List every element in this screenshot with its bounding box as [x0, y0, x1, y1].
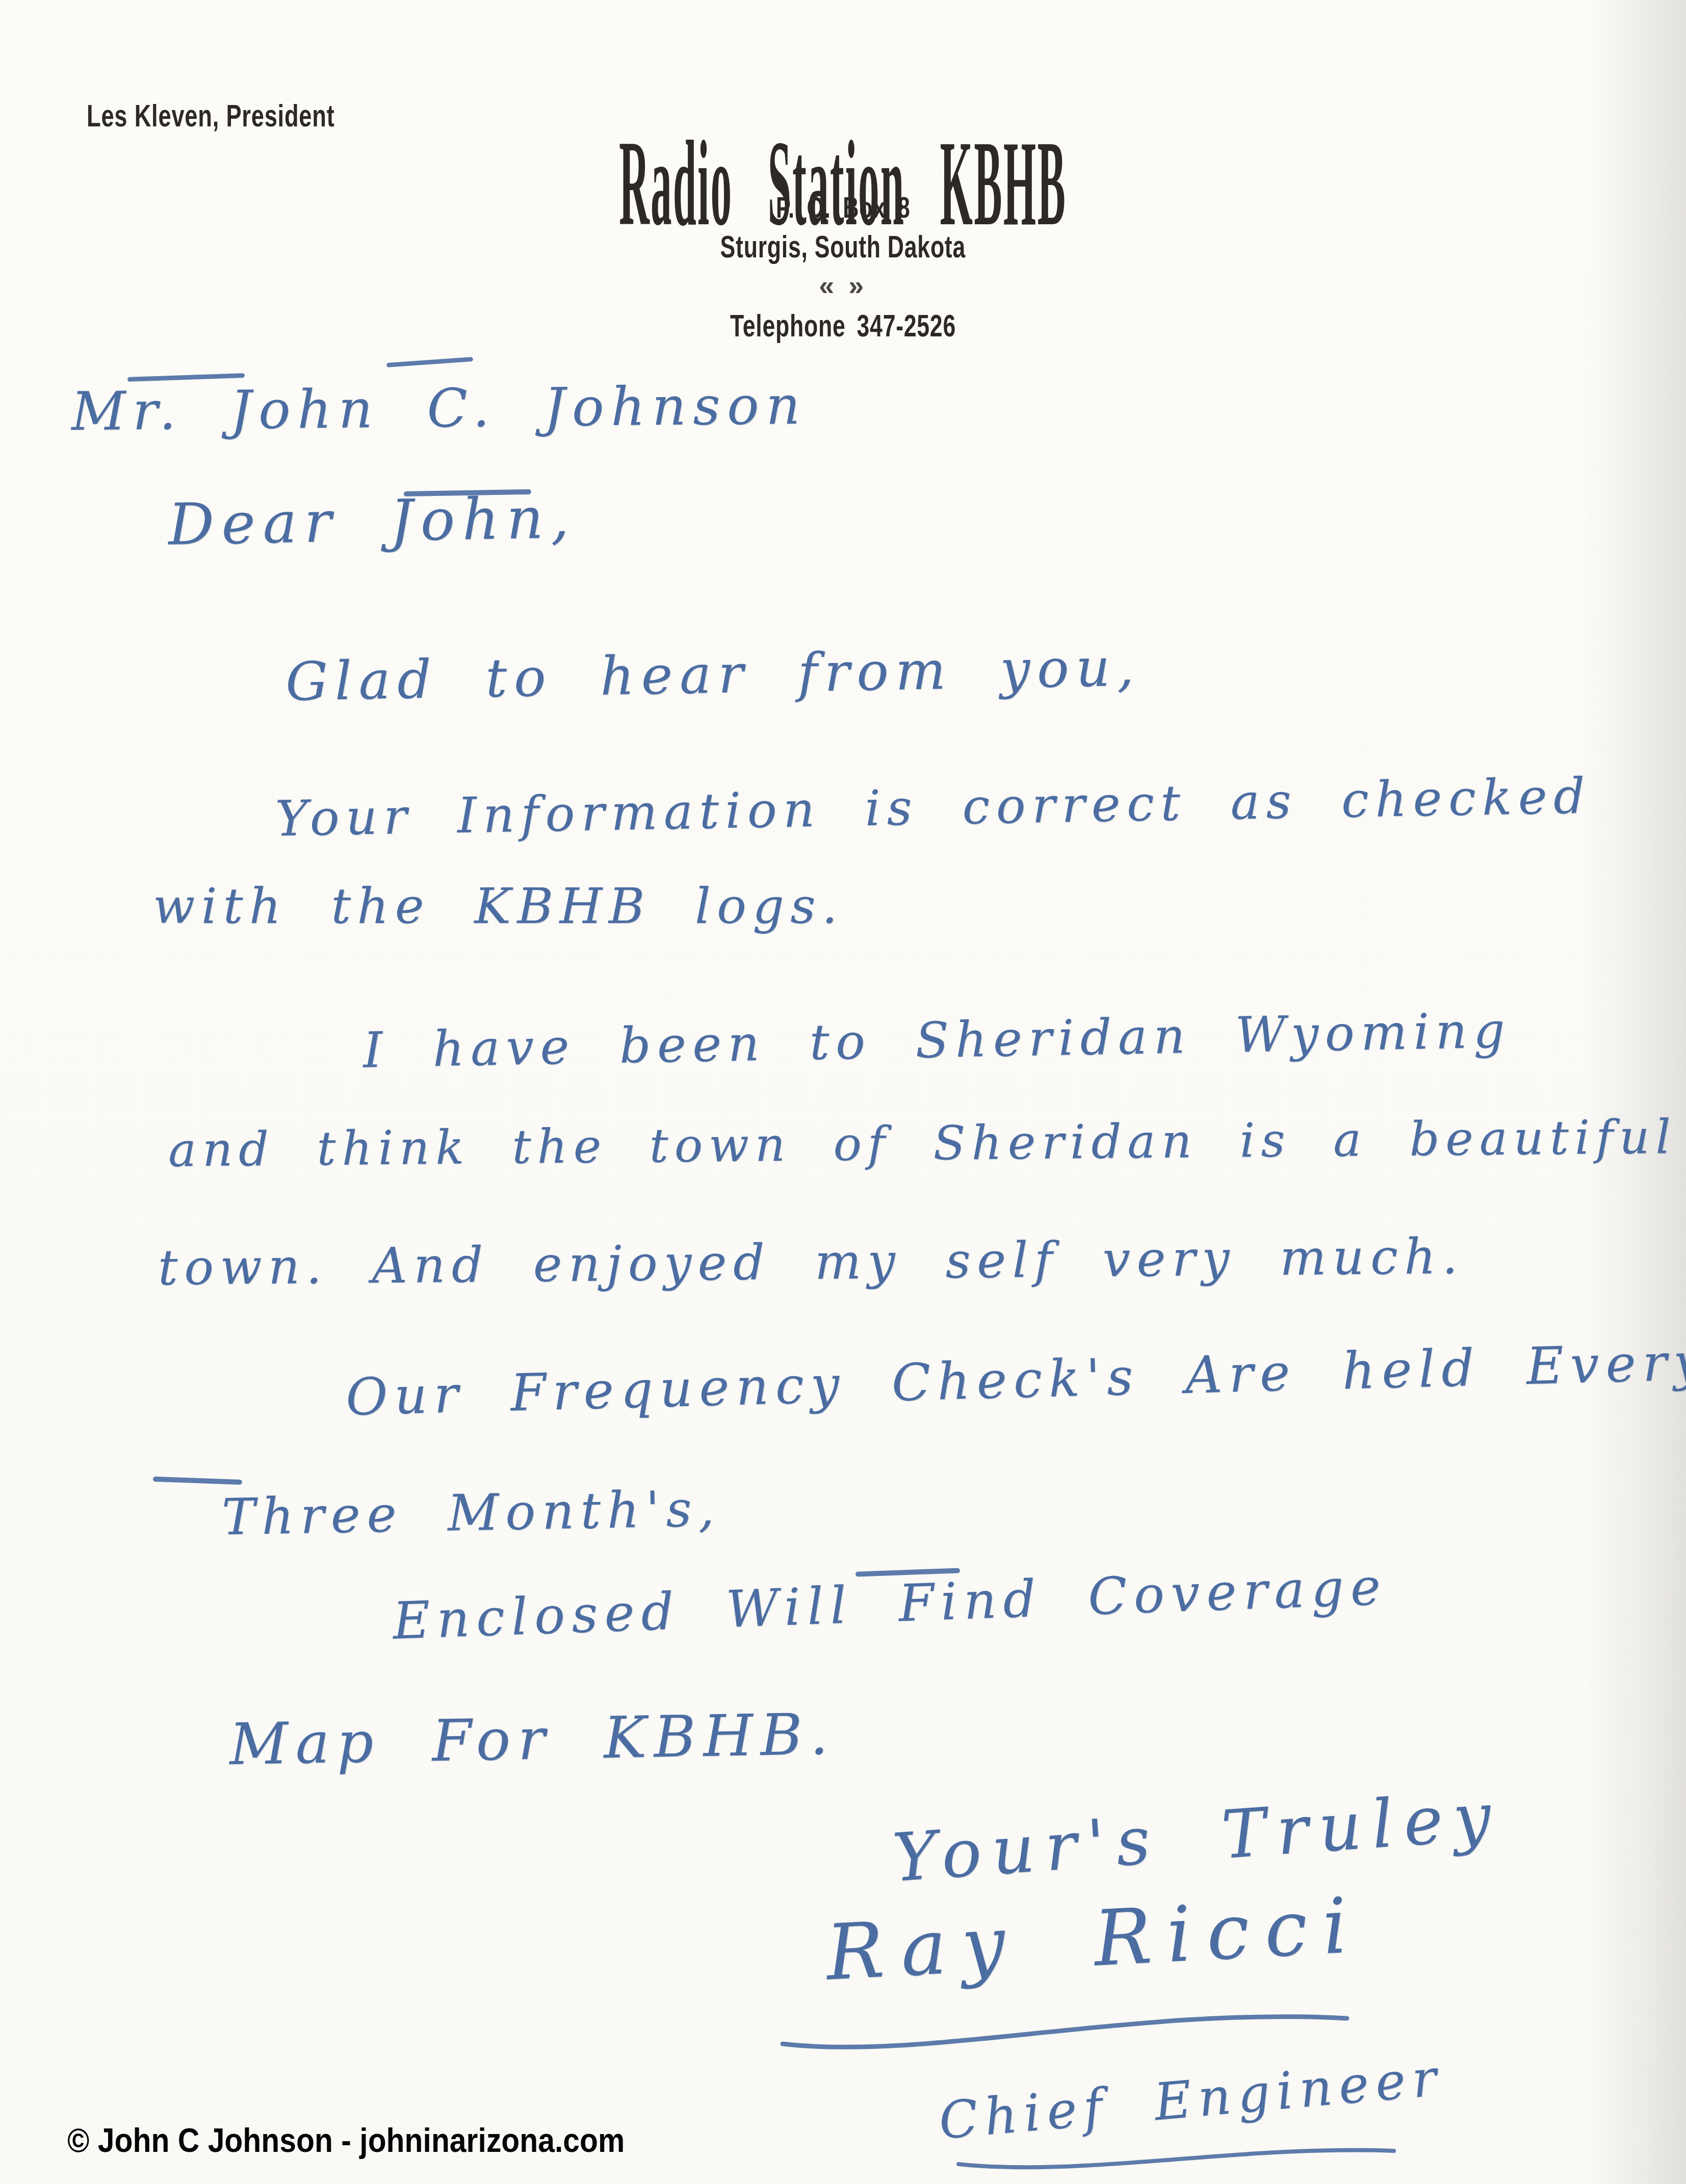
ink-stroke: [386, 357, 473, 367]
signature: Ray Ricci: [824, 1881, 1364, 1998]
letter-line: Glad to hear from you,: [285, 636, 1141, 713]
letterhead-ornament: « »: [0, 270, 1686, 302]
ink-stroke: [153, 1477, 242, 1485]
letter-line: Three Month's,: [221, 1480, 721, 1546]
copyright-text: © John C Johnson - johninarizona.com: [67, 2120, 625, 2160]
copyright-watermark: © John C Johnson - johninarizona.com: [67, 2120, 673, 2158]
letterhead-city: Sturgis, South Dakota: [0, 229, 1686, 265]
letter-line: I have been to Sheridan Wyoming: [362, 1002, 1512, 1078]
guillemet-ornament: « »: [819, 270, 867, 302]
signature-flourish: [775, 1990, 1361, 2062]
city-text: Sturgis, South Dakota: [720, 229, 966, 265]
letter-line: with the KBHB logs.: [153, 878, 844, 935]
salutation-line: Dear John,: [168, 485, 577, 558]
telephone-text: Telephone 347-2526: [730, 308, 956, 344]
letterhead-telephone: Telephone 347-2526: [0, 308, 1686, 344]
letterhead-title: Radio Station KBHB: [0, 113, 1686, 201]
closing-line: Your's Truley: [890, 1777, 1504, 1897]
letter-line: Our Frequency Check's Are held Every: [345, 1332, 1686, 1427]
letter-line: and think the town of Sheridan is a beau…: [168, 1110, 1677, 1177]
recipient-line: Mr. John C. Johnson: [71, 374, 807, 443]
letter-line: Your Information is correct as checked: [275, 767, 1592, 847]
po-box-text: P. O. Box 8: [776, 192, 911, 225]
signer-title-flourish: [952, 2135, 1401, 2180]
letter-page: Les Kleven, President Radio Station KBHB…: [0, 0, 1686, 2184]
letterhead-pobox: P. O. Box 8: [0, 192, 1686, 223]
letter-line: town. And enjoyed my self very much.: [158, 1228, 1464, 1296]
letter-line: Map For KBHB.: [229, 1701, 836, 1778]
